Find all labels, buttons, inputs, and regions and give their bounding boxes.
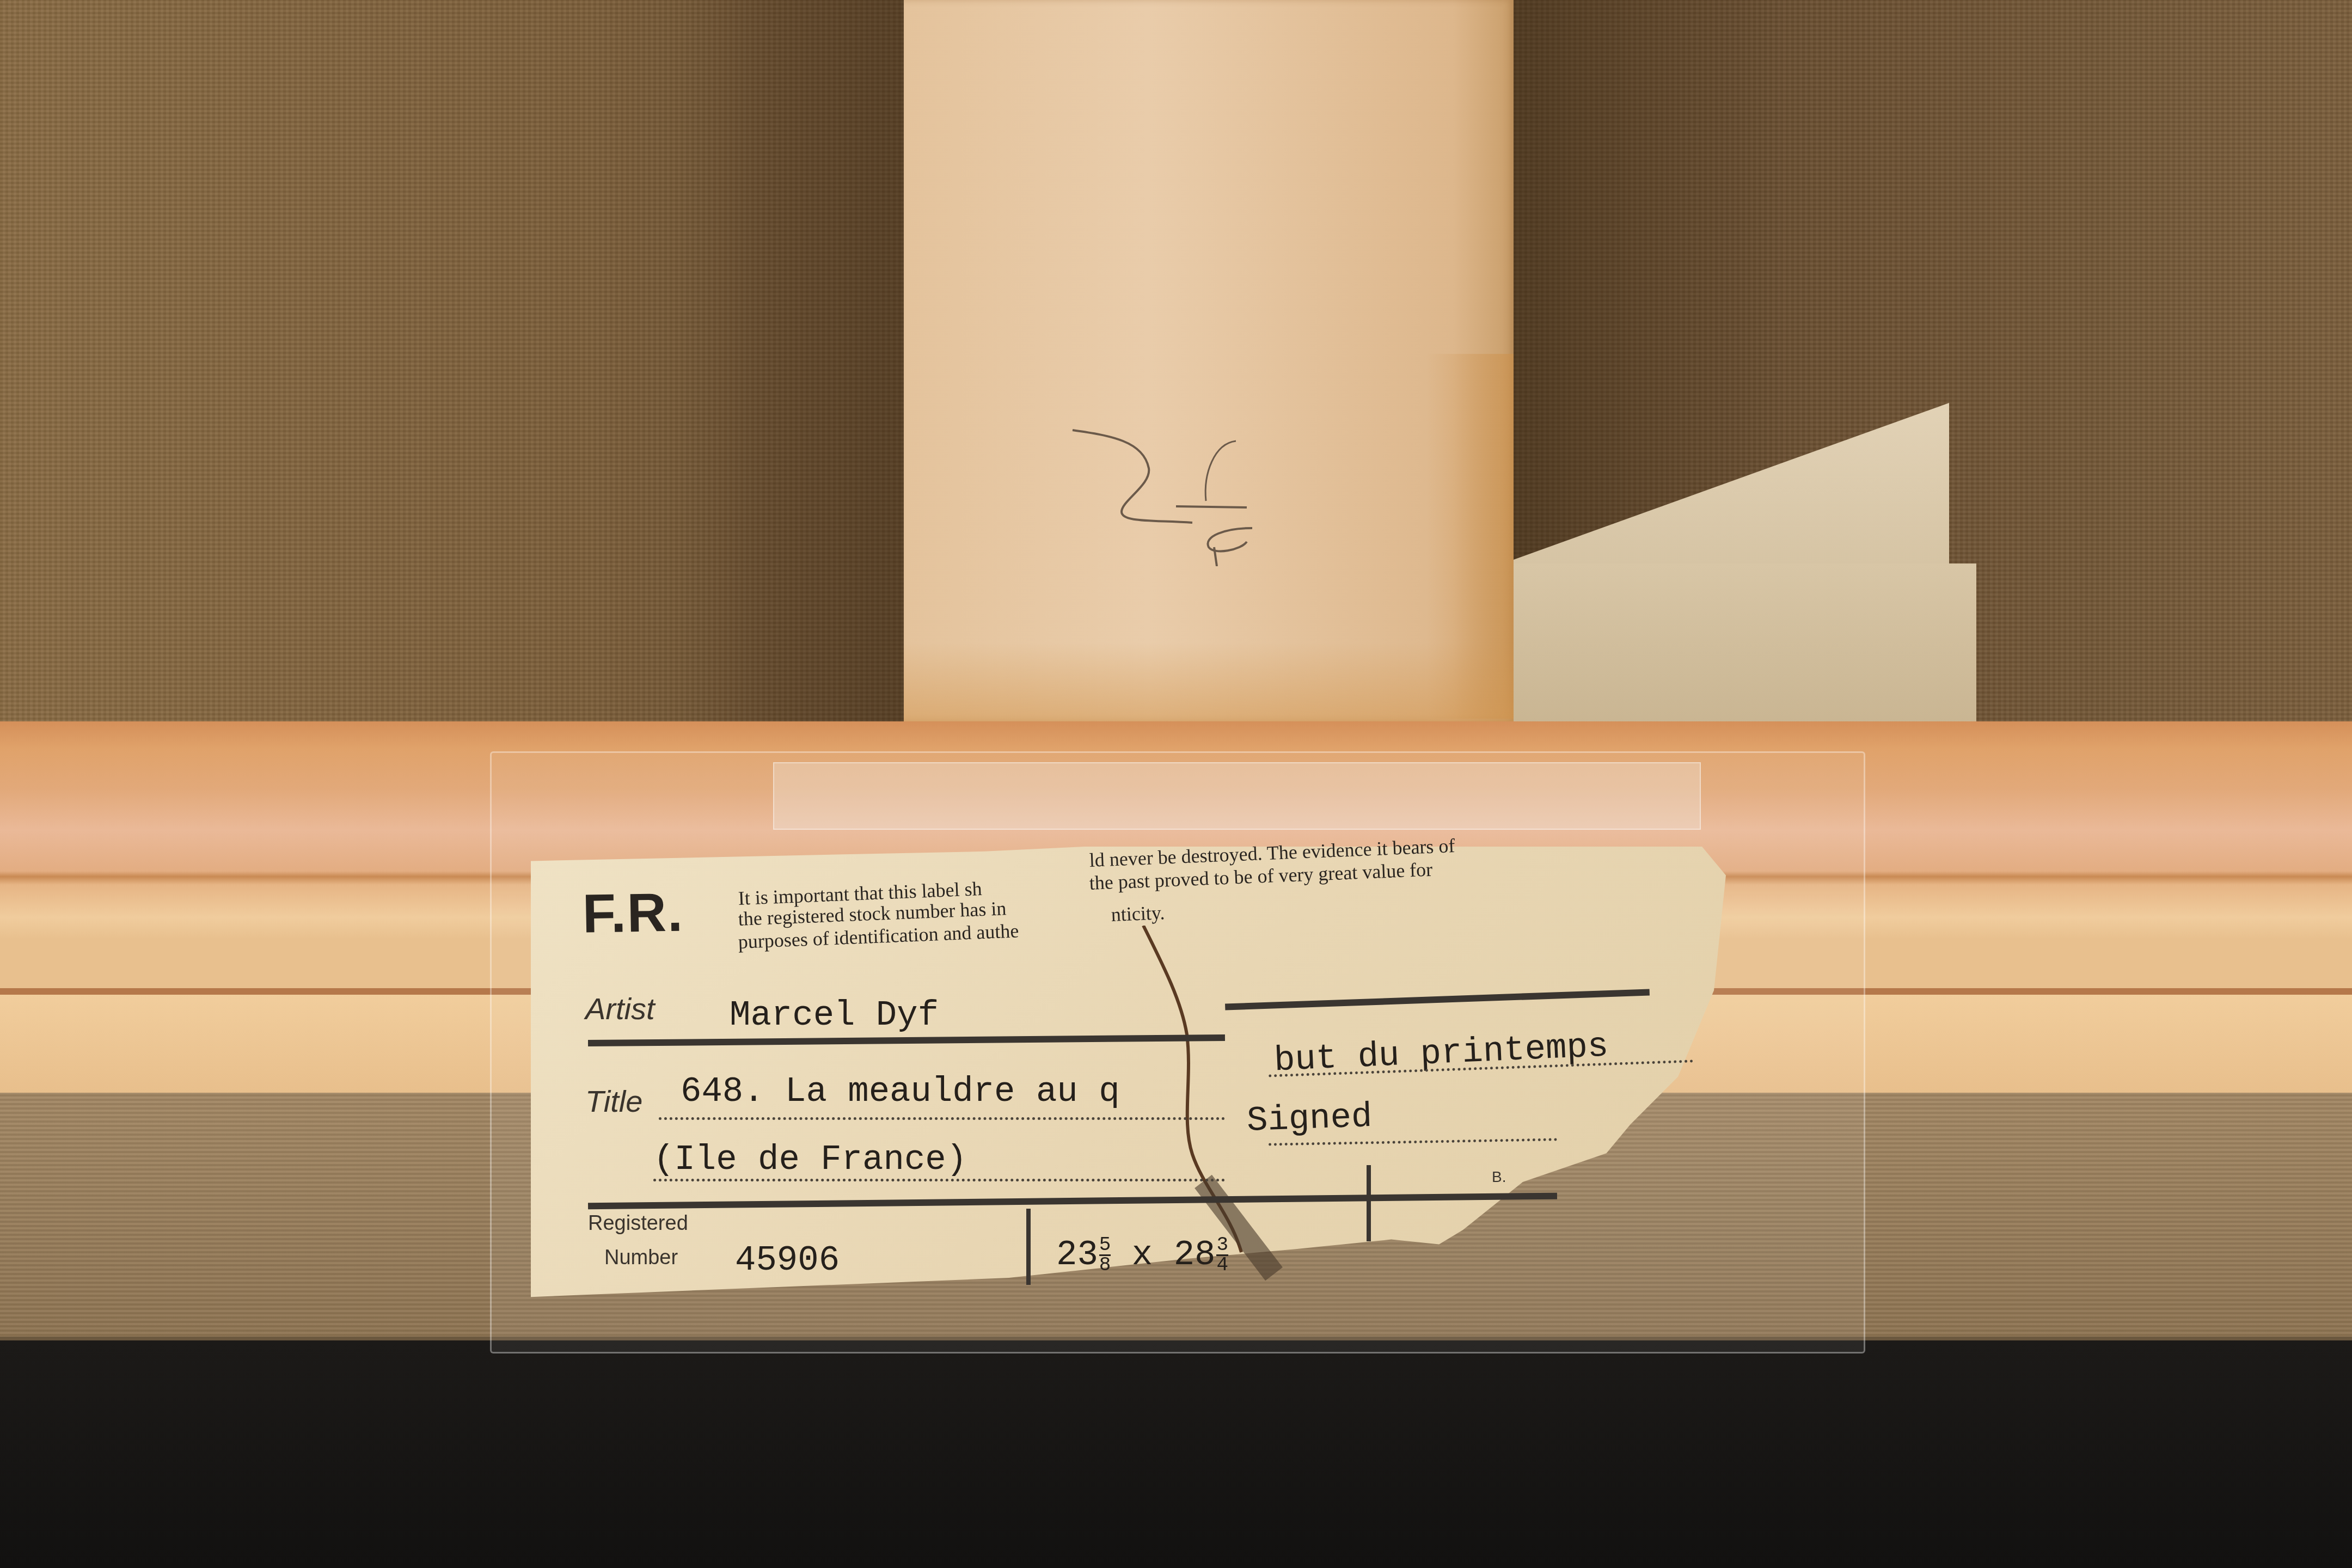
dimensions: 2358 x 2834 [1056,1236,1228,1275]
number-label: Number [604,1246,678,1270]
registered-label: Registered [588,1211,688,1235]
title-line2-dotted [653,1179,1225,1181]
notice-line-2-tail: nticity. [1111,902,1165,926]
artist-value: Marcel Dyf [730,996,939,1036]
signed-value: Signed [1246,1098,1373,1141]
stretcher-bar [904,0,1514,721]
title-value-left: 648. La meauldre au q [681,1073,1120,1112]
width-denominator: 8 [1099,1256,1111,1275]
size-separator: x [1132,1236,1153,1275]
pencil-mark-icon [1067,425,1296,566]
title-value-line2: (Ile de France) [653,1141,967,1180]
label-logo: F.R. [582,881,684,945]
height-numerator: 3 [1216,1236,1228,1256]
divider-1 [1026,1209,1031,1285]
registered-number: 45906 [735,1241,840,1281]
width-whole: 23 [1056,1236,1098,1275]
width-fraction: 58 [1099,1236,1111,1275]
height-denominator: 4 [1216,1256,1228,1275]
width-numerator: 5 [1099,1236,1111,1256]
shadow-left [681,0,909,724]
tape-strip [773,762,1701,830]
wood-wedge-bottom [1514,563,1976,727]
black-backdrop [0,1340,2352,1568]
height-fraction: 34 [1216,1236,1228,1275]
height-whole: 28 [1174,1236,1216,1275]
artist-label: Artist [585,991,655,1026]
corner-mark: B. [1492,1165,1506,1189]
divider-2 [1367,1165,1371,1241]
title-dotted-line [659,1117,1225,1120]
title-label: Title [585,1083,642,1119]
stretcher-stain-bottom [904,642,1514,721]
